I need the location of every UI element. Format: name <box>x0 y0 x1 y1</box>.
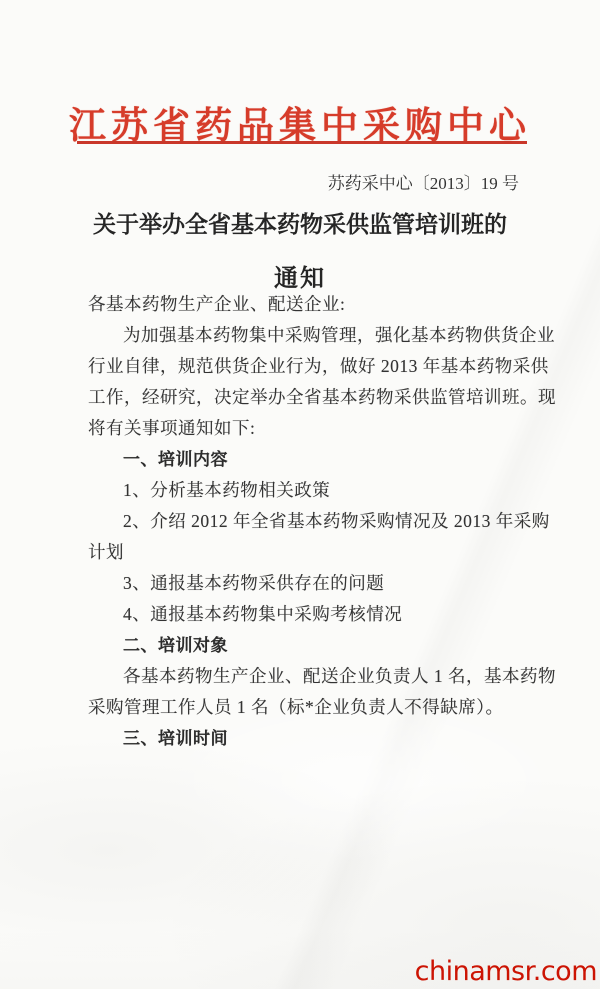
letterhead-divider-rule <box>77 141 527 144</box>
body-line: 为加强基本药物集中采购管理，强化基本药物供货企业 <box>88 320 518 351</box>
document-body: 各基本药物生产企业、配送企业: 为加强基本药物集中采购管理，强化基本药物供货企业… <box>88 289 518 754</box>
document-title-line1: 关于举办全省基本药物采供监管培训班的 <box>0 206 600 239</box>
body-line: 4、通报基本药物集中采购考核情况 <box>88 599 518 630</box>
body-line: 行业自律，规范供货企业行为，做好 2013 年基本药物采供 <box>88 351 518 382</box>
body-line: 工作，经研究，决定举办全省基本药物采供监管培训班。现 <box>88 382 518 413</box>
body-line-salutation: 各基本药物生产企业、配送企业: <box>88 289 518 320</box>
body-line: 计划 <box>88 537 518 568</box>
document-number: 苏药采中心〔2013〕19 号 <box>0 169 519 194</box>
body-line: 将有关事项通知如下: <box>88 413 518 444</box>
body-line: 采购管理工作人员 1 名（标*企业负责人不得缺席）。 <box>88 692 518 723</box>
body-line: 3、通报基本药物采供存在的问题 <box>88 568 518 599</box>
site-watermark: chinamsr.com <box>415 956 597 987</box>
body-line: 各基本药物生产企业、配送企业负责人 1 名，基本药物 <box>88 661 518 692</box>
body-line: 2、介绍 2012 年全省基本药物采购情况及 2013 年采购 <box>88 506 518 537</box>
section-heading-3: 三、培训时间 <box>88 723 518 754</box>
section-heading-1: 一、培训内容 <box>88 444 518 475</box>
document-page: 江苏省药品集中采购中心 苏药采中心〔2013〕19 号 关于举办全省基本药物采供… <box>0 0 600 989</box>
document-title-line2: 通知 <box>0 258 600 293</box>
body-line: 1、分析基本药物相关政策 <box>88 475 518 506</box>
section-heading-2: 二、培训对象 <box>88 630 518 661</box>
